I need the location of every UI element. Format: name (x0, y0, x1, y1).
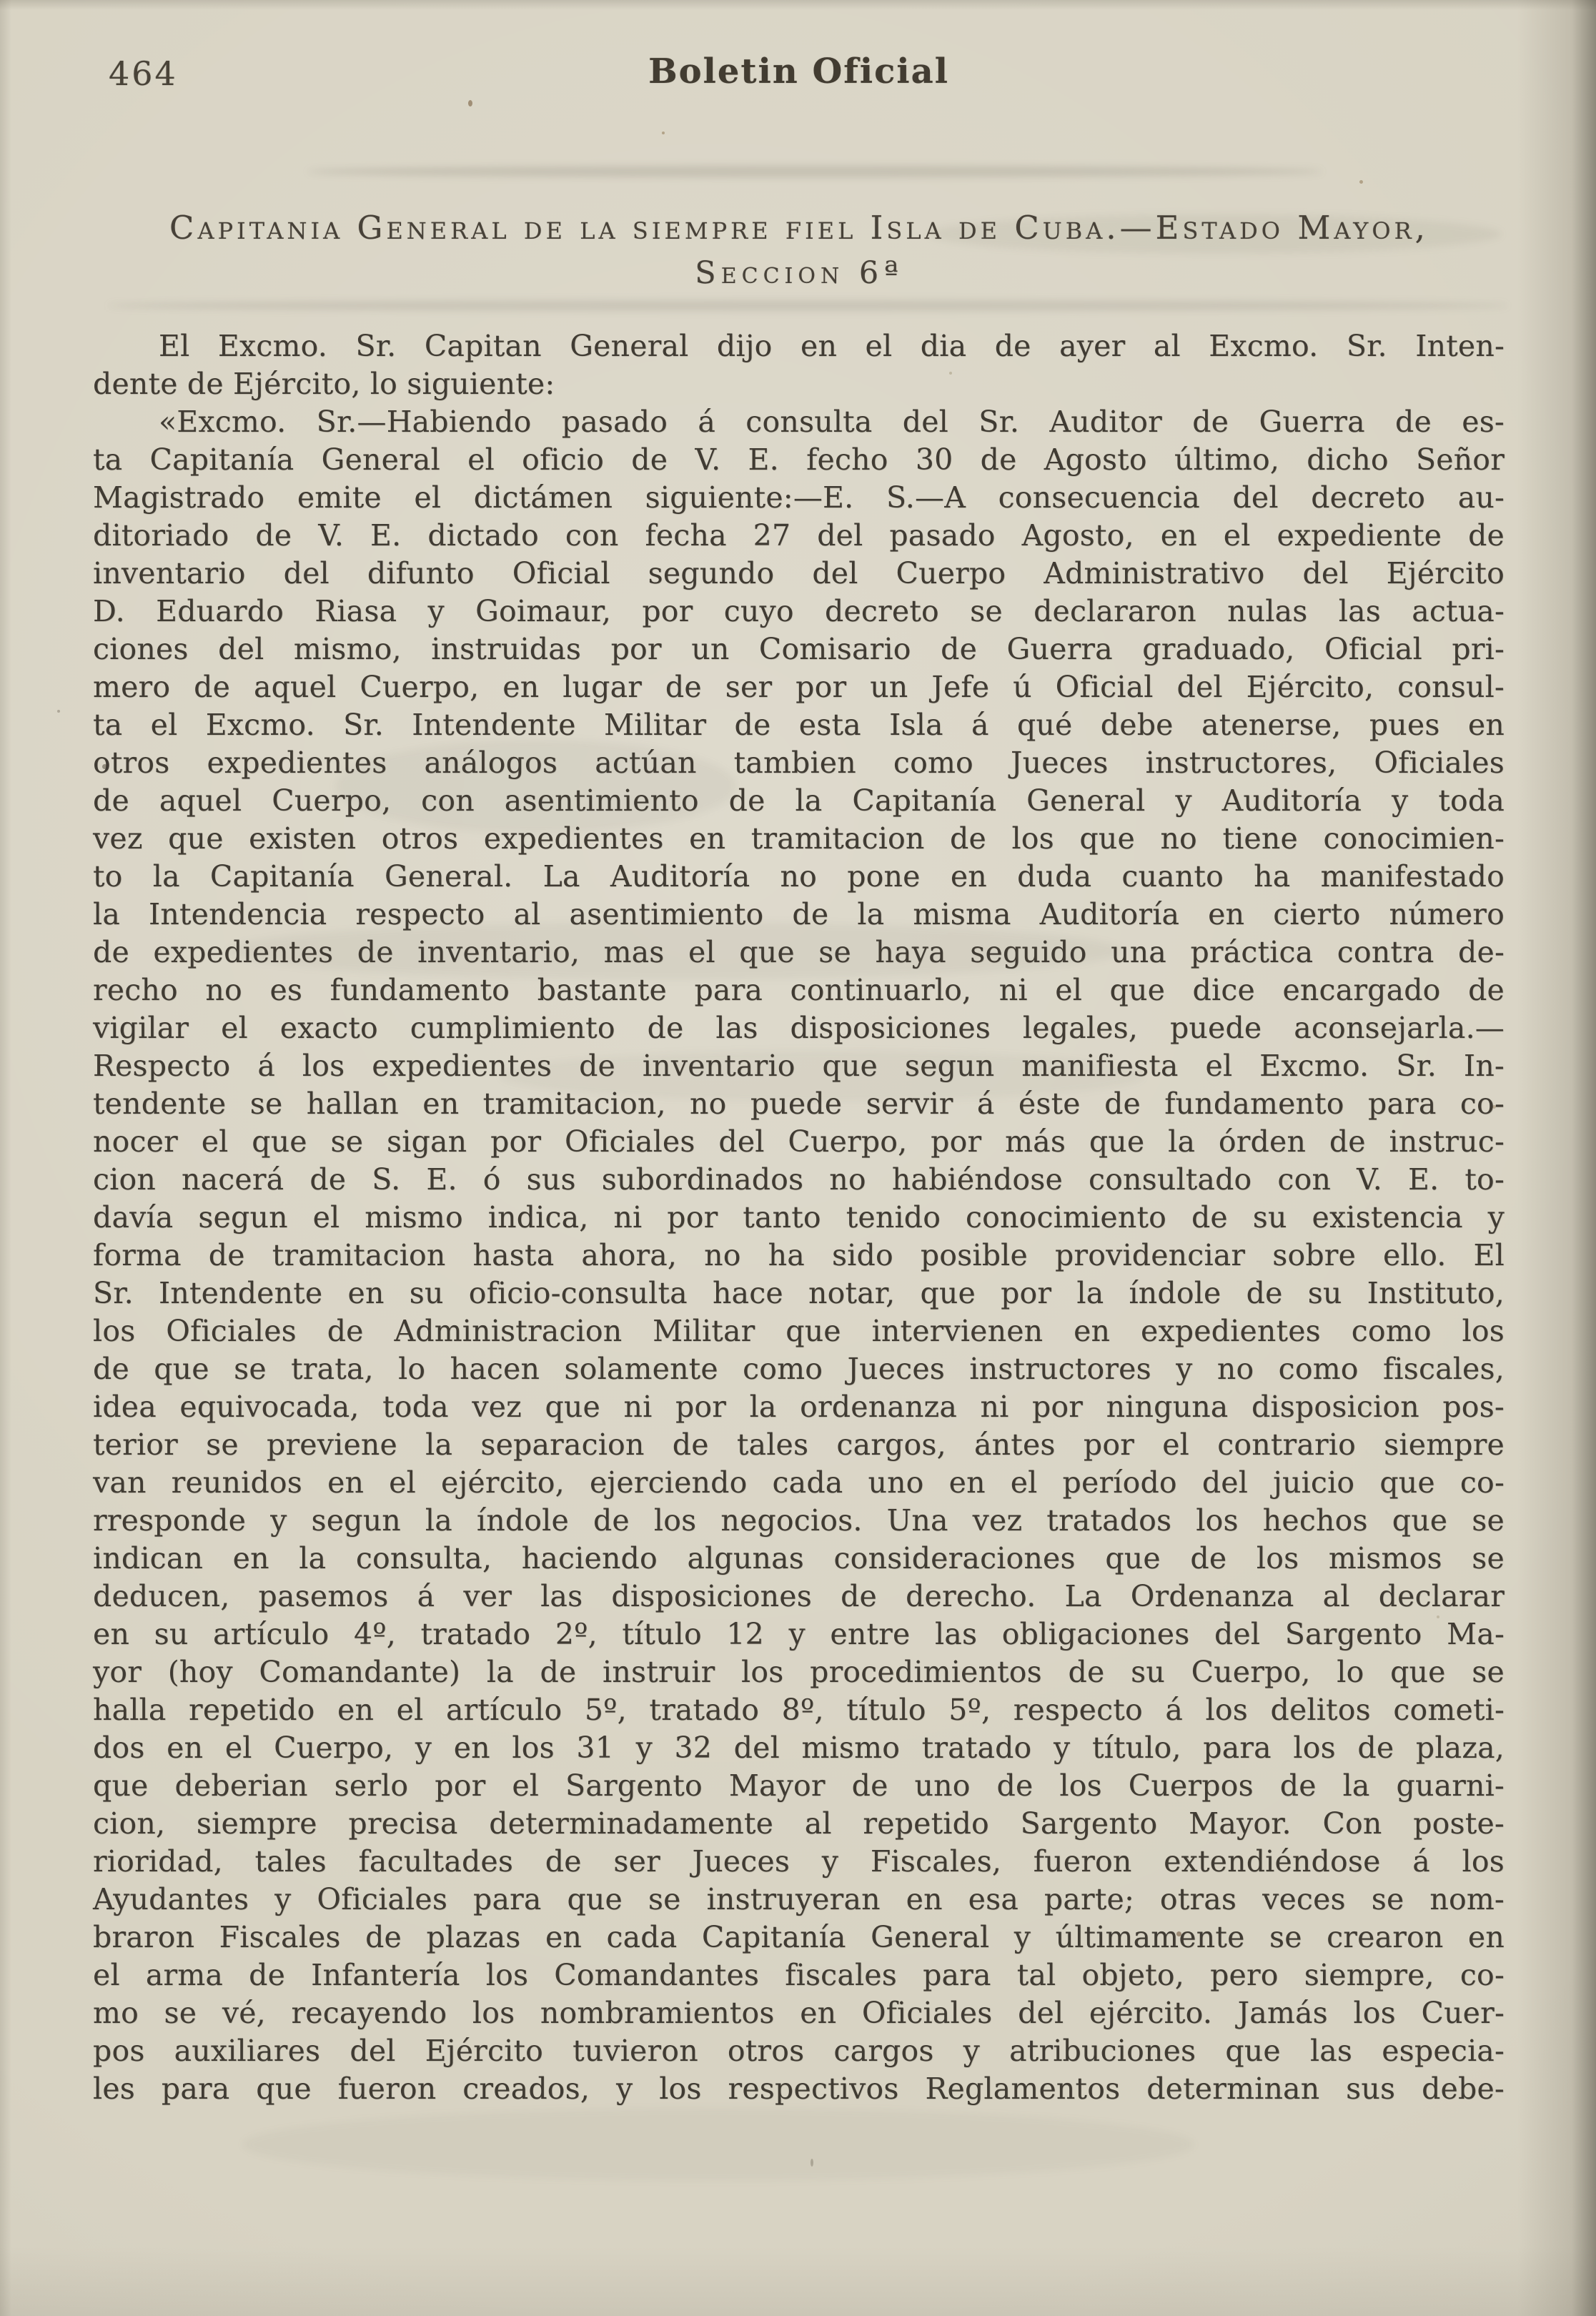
paper-speck (1359, 180, 1363, 184)
paper-speck (811, 2159, 813, 2167)
masthead-title: Boletin Oficial (93, 51, 1505, 91)
text-line: D. Eduardo Riasa y Goimaur, por cuyo dec… (93, 593, 1505, 630)
text-line: «Excmo. Sr.—Habiendo pasado á consulta d… (93, 403, 1505, 441)
text-line: ciones del mismo, instruidas por un Comi… (93, 630, 1505, 668)
text-line: inventario del difunto Oficial segundo d… (93, 555, 1505, 593)
text-line: de que se trata, lo hacen solamente como… (93, 1350, 1505, 1388)
text-line: Respecto á los expedientes de inventario… (93, 1047, 1505, 1085)
text-line: halla repetido en el artículo 5º, tratad… (93, 1691, 1505, 1729)
text-line: de aquel Cuerpo, con asentimiento de la … (93, 782, 1505, 820)
article-heading: Capitania General de la siempre fiel Isl… (84, 209, 1514, 291)
article-heading-line2: Seccion 6ª (84, 255, 1514, 291)
text-line: en su artículo 4º, tratado 2º, título 12… (93, 1615, 1505, 1653)
text-line: la Intendencia respecto al asentimiento … (93, 896, 1505, 934)
scanned-page: 464 Boletin Oficial Capitania General de… (0, 0, 1596, 2316)
text-line: vigilar el exacto cumplimiento de las di… (93, 1009, 1505, 1047)
text-line: idea equivocada, toda vez que ni por la … (93, 1388, 1505, 1426)
text-line: vez que existen otros expedientes en tra… (93, 820, 1505, 858)
text-line: el arma de Infantería los Comandantes fi… (93, 1956, 1505, 1994)
text-line: to la Capitanía General. La Auditoría no… (93, 858, 1505, 896)
text-line: indican en la consulta, haciendo algunas… (93, 1540, 1505, 1578)
paper-speck (662, 132, 665, 134)
text-line: tendente se hallan en tramitacion, no pu… (93, 1085, 1505, 1123)
article-body: El Excmo. Sr. Capitan General dijo en el… (93, 327, 1505, 2108)
text-line: dente de Ejército, lo siguiente: (93, 365, 1505, 403)
text-line: forma de tramitacion hasta ahora, no ha … (93, 1237, 1505, 1275)
text-line: los Oficiales de Administracion Militar … (93, 1312, 1505, 1350)
text-line: rresponde y segun la índole de los negoc… (93, 1502, 1505, 1540)
text-line: mero de aquel Cuerpo, en lugar de ser po… (93, 668, 1505, 706)
text-line: ta el Excmo. Sr. Intendente Militar de e… (93, 706, 1505, 744)
scan-smudge (243, 2109, 1194, 2180)
text-line: que deberian serlo por el Sargento Mayor… (93, 1767, 1505, 1805)
text-line: de expedientes de inventario, mas el que… (93, 934, 1505, 971)
scan-smudge (307, 166, 1322, 177)
text-line: ditoriado de V. E. dictado con fecha 27 … (93, 517, 1505, 555)
text-line: ta Capitanía General el oficio de V. E. … (93, 441, 1505, 479)
paper-speck (468, 100, 472, 107)
text-line: mo se vé, recayendo los nombramientos en… (93, 1994, 1505, 2032)
text-line: otros expedientes análogos actúan tambie… (93, 744, 1505, 782)
paper-speck (57, 710, 60, 713)
text-line: Ayudantes y Oficiales para que se instru… (93, 1881, 1505, 1919)
text-line: deducen, pasemos á ver las disposiciones… (93, 1578, 1505, 1615)
text-line: pos auxiliares del Ejército tuvieron otr… (93, 2032, 1505, 2070)
text-line: braron Fiscales de plazas en cada Capita… (93, 1919, 1505, 1956)
text-line: recho no es fundamento bastante para con… (93, 971, 1505, 1009)
text-line: davía segun el mismo indica, ni por tant… (93, 1199, 1505, 1237)
text-line: cion nacerá de S. E. ó sus subordinados … (93, 1161, 1505, 1199)
article-heading-line1: Capitania General de la siempre fiel Isl… (84, 209, 1514, 247)
text-line: terior se previene la separacion de tale… (93, 1426, 1505, 1464)
text-line: cion, siempre precisa determinadamente a… (93, 1805, 1505, 1843)
text-line: Magistrado emite el dictámen siguiente:—… (93, 479, 1505, 517)
text-line: rioridad, tales facultades de ser Jueces… (93, 1843, 1505, 1881)
text-line: Sr. Intendente en su oficio-consulta hac… (93, 1275, 1505, 1312)
text-line: les para que fueron creados, y los respe… (93, 2070, 1505, 2108)
text-line: van reunidos en el ejército, ejerciendo … (93, 1464, 1505, 1502)
text-line: El Excmo. Sr. Capitan General dijo en el… (93, 327, 1505, 365)
text-line: nocer el que se sigan por Oficiales del … (93, 1123, 1505, 1161)
scan-smudge (107, 300, 1508, 311)
text-line: yor (hoy Comandante) la de instruir los … (93, 1653, 1505, 1691)
text-line: dos en el Cuerpo, y en los 31 y 32 del m… (93, 1729, 1505, 1767)
